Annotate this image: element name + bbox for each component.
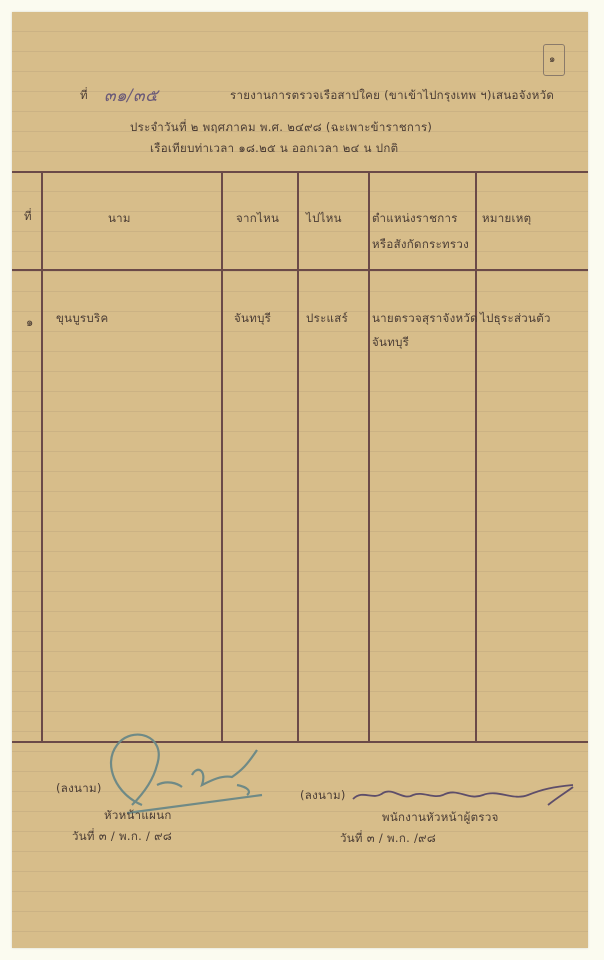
column-header-name: นาม: [108, 210, 131, 228]
row-position-line2: จันทบุรี: [372, 334, 409, 352]
column-header-no: ที่: [24, 208, 32, 226]
row-from: จันทบุรี: [234, 310, 271, 328]
right-sign-label: (ลงนาม): [300, 787, 346, 805]
left-sign-date: วันที่ ๓ / พ.ก. / ๙๘: [72, 828, 172, 846]
row-to: ประแสร์: [306, 310, 348, 328]
row-name: ขุนบูรบริค: [56, 310, 108, 328]
column-header-from: จากไหน: [236, 210, 279, 228]
date-line: ประจำวันที่ ๒ พฤศภาคม พ.ศ. ๒๔๙๘ (ฉะเพาะข…: [130, 119, 432, 137]
right-signer-title: พนักงานหัวหน้าผู้ตรวจ: [382, 809, 499, 827]
column-divider: [475, 171, 477, 743]
row-number: ๑: [26, 314, 34, 332]
row-remark: ไปธุระส่วนตัว: [480, 310, 551, 328]
time-line: เรือเทียบท่าเวลา ๑๘.๒๕ น ออกเวลา ๒๔ น ปก…: [150, 140, 398, 158]
ref-label: ที่: [80, 87, 88, 105]
ref-number: ๓๑/๓๕: [104, 82, 158, 109]
page-number-stamp: ๑: [543, 44, 565, 76]
column-divider: [368, 171, 370, 743]
column-header-to: ไปไหน: [306, 210, 342, 228]
left-sign-label: (ลงนาม): [56, 780, 102, 798]
column-header-position-line2: หรือสังกัดกระทรวง: [372, 236, 469, 254]
document-title: รายงานการตรวจเรือสาปใคย (ขาเข้าไปกรุงเทพ…: [230, 87, 554, 105]
column-header-remark: หมายเหตุ: [482, 210, 531, 228]
row-position: นายตรวจสุราจังหวัด: [372, 310, 478, 328]
page-number: ๑: [549, 52, 556, 67]
left-signer-title: หัวหน้าแผนก: [104, 807, 172, 825]
left-signature-icon: [97, 725, 272, 815]
column-divider: [297, 171, 299, 743]
column-divider: [41, 171, 43, 743]
table-top-rule: [12, 171, 588, 173]
column-header-position: ตำแหน่งราชการ: [372, 210, 458, 228]
document-page: ๑ ที่ ๓๑/๓๕ รายงานการตรวจเรือสาปใคย (ขาเ…: [12, 12, 588, 948]
table-header-rule: [12, 269, 588, 271]
column-divider: [221, 171, 223, 743]
right-sign-date: วันที่ ๓ / พ.ก. /๙๘: [340, 830, 436, 848]
right-signature-icon: [348, 777, 578, 809]
